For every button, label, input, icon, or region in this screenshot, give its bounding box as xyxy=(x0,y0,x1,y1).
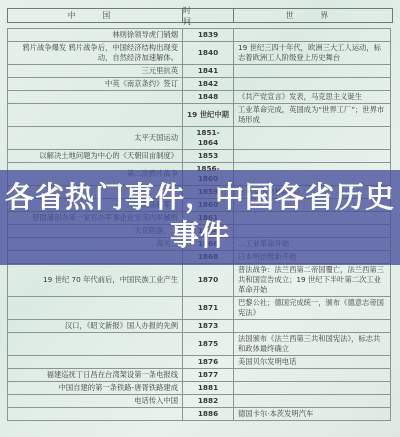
cell-time: 1875 xyxy=(183,333,234,356)
cell-china xyxy=(8,356,183,369)
cell-time: 1873 xyxy=(183,320,234,333)
header-time: 时 间 xyxy=(183,9,234,22)
cell-time: 1840 xyxy=(183,42,234,65)
cell-time: 1877 xyxy=(183,369,234,382)
cell-time: 1871 xyxy=(183,297,234,320)
cell-world: 德国卡尔·本茨发明汽车 xyxy=(234,408,391,421)
header-china: 中 国 xyxy=(8,9,183,22)
cell-china xyxy=(8,104,183,127)
cell-china xyxy=(8,297,183,320)
table-row: 太平天国运动1851-1864 xyxy=(8,127,391,150)
cell-world: 巴黎公社；德国完成统一，颁布《德意志帝国宪法》 xyxy=(234,297,391,320)
page-title: 各省热门事件，中国各省历史事件 xyxy=(0,178,400,254)
cell-china: 中英《南京条约》签订 xyxy=(8,78,183,91)
cell-china: 三元里抗英 xyxy=(8,65,183,78)
cell-time: 1881 xyxy=(183,382,234,395)
cell-world xyxy=(234,29,391,42)
cell-china: 太平天国运动 xyxy=(8,127,183,150)
table-row: 19 世纪中期工业革命完成，英国成为“世界工厂”；世界市场形成 xyxy=(8,104,391,127)
cell-time: 19 世纪中期 xyxy=(183,104,234,127)
cell-world: 法国颁布《法兰西第三共和国宪法》，标志共和政体最终确立 xyxy=(234,333,391,356)
cell-world xyxy=(234,127,391,150)
cell-china xyxy=(8,408,183,421)
cell-china: 鸦片战争爆发 鸦片战争后，中国经济结构出现变动，自然经济加速解体。 xyxy=(8,42,183,65)
cell-time: 1848 xyxy=(183,91,234,104)
cell-world: 工业革命完成，英国成为“世界工厂”；世界市场形成 xyxy=(234,104,391,127)
cell-china: 19 世纪 70 年代前后，中国民族工业产生 xyxy=(8,264,183,297)
table-row: 三元里抗英1841 xyxy=(8,65,391,78)
cell-time: 1851-1864 xyxy=(183,127,234,150)
cell-china: 汉口，《昭文新报》国人办报的先例 xyxy=(8,320,183,333)
page: 中 国 时 间 世 界 林则徐领导虎门销烟1839鸦片战争爆发 鸦片战争后，中国… xyxy=(0,0,400,437)
cell-world xyxy=(234,369,391,382)
cell-world: 《共产党宣言》发表，马克思主义诞生 xyxy=(234,91,391,104)
cell-world xyxy=(234,382,391,395)
cell-time: 1876 xyxy=(183,356,234,369)
cell-world xyxy=(234,65,391,78)
cell-time: 1841 xyxy=(183,65,234,78)
cell-china: 中国自建的第一条铁路-唐胥铁路建成 xyxy=(8,382,183,395)
table-row: 林则徐领导虎门销烟1839 xyxy=(8,29,391,42)
cell-china xyxy=(8,333,183,356)
cell-world xyxy=(234,395,391,408)
table-row: 1886德国卡尔·本茨发明汽车 xyxy=(8,408,391,421)
cell-time: 1870 xyxy=(183,264,234,297)
cell-time: 1842 xyxy=(183,78,234,91)
table-row: 1876美国贝尔发明电话 xyxy=(8,356,391,369)
cell-china: 福建巡抚丁日昌在台湾架设第一条电报线 xyxy=(8,369,183,382)
cell-world: 美国贝尔发明电话 xyxy=(234,356,391,369)
table-header: 中 国 时 间 世 界 xyxy=(7,8,393,23)
header-world: 世 界 xyxy=(234,9,392,22)
cell-china xyxy=(8,91,183,104)
table-row: 1871巴黎公社；德国完成统一，颁布《德意志帝国宪法》 xyxy=(8,297,391,320)
cell-world: 普法战争：法兰西第二帝国覆亡，法兰西第三共和国宣告成立；19 世纪下半叶第二次工… xyxy=(234,264,391,297)
cell-china: 林则徐领导虎门销烟 xyxy=(8,29,183,42)
table-row: 鸦片战争爆发 鸦片战争后，中国经济结构出现变动，自然经济加速解体。184019 … xyxy=(8,42,391,65)
cell-time: 1839 xyxy=(183,29,234,42)
cell-world xyxy=(234,320,391,333)
cell-time: 1882 xyxy=(183,395,234,408)
cell-time: 1853 xyxy=(183,150,234,163)
table-row: 19 世纪 70 年代前后，中国民族工业产生1870普法战争：法兰西第二帝国覆亡… xyxy=(8,264,391,297)
table-row: 1875法国颁布《法兰西第三共和国宪法》，标志共和政体最终确立 xyxy=(8,333,391,356)
cell-china: 以解决土地问题为中心的《天朝田亩制度》 xyxy=(8,150,183,163)
cell-world: 19 世纪三四十年代，欧洲三大工人运动，标志着欧洲工人阶级登上历史舞台 xyxy=(234,42,391,65)
table-row: 汉口，《昭文新报》国人办报的先例1873 xyxy=(8,320,391,333)
cell-time: 1886 xyxy=(183,408,234,421)
table-row: 1848《共产党宣言》发表，马克思主义诞生 xyxy=(8,91,391,104)
table-row: 以解决土地问题为中心的《天朝田亩制度》1853 xyxy=(8,150,391,163)
table-row: 电话传入中国1882 xyxy=(8,395,391,408)
cell-china: 电话传入中国 xyxy=(8,395,183,408)
cell-world xyxy=(234,150,391,163)
table-row: 中国自建的第一条铁路-唐胥铁路建成1881 xyxy=(8,382,391,395)
table-row: 福建巡抚丁日昌在台湾架设第一条电报线1877 xyxy=(8,369,391,382)
cell-world xyxy=(234,78,391,91)
table-row: 中英《南京条约》签订1842 xyxy=(8,78,391,91)
